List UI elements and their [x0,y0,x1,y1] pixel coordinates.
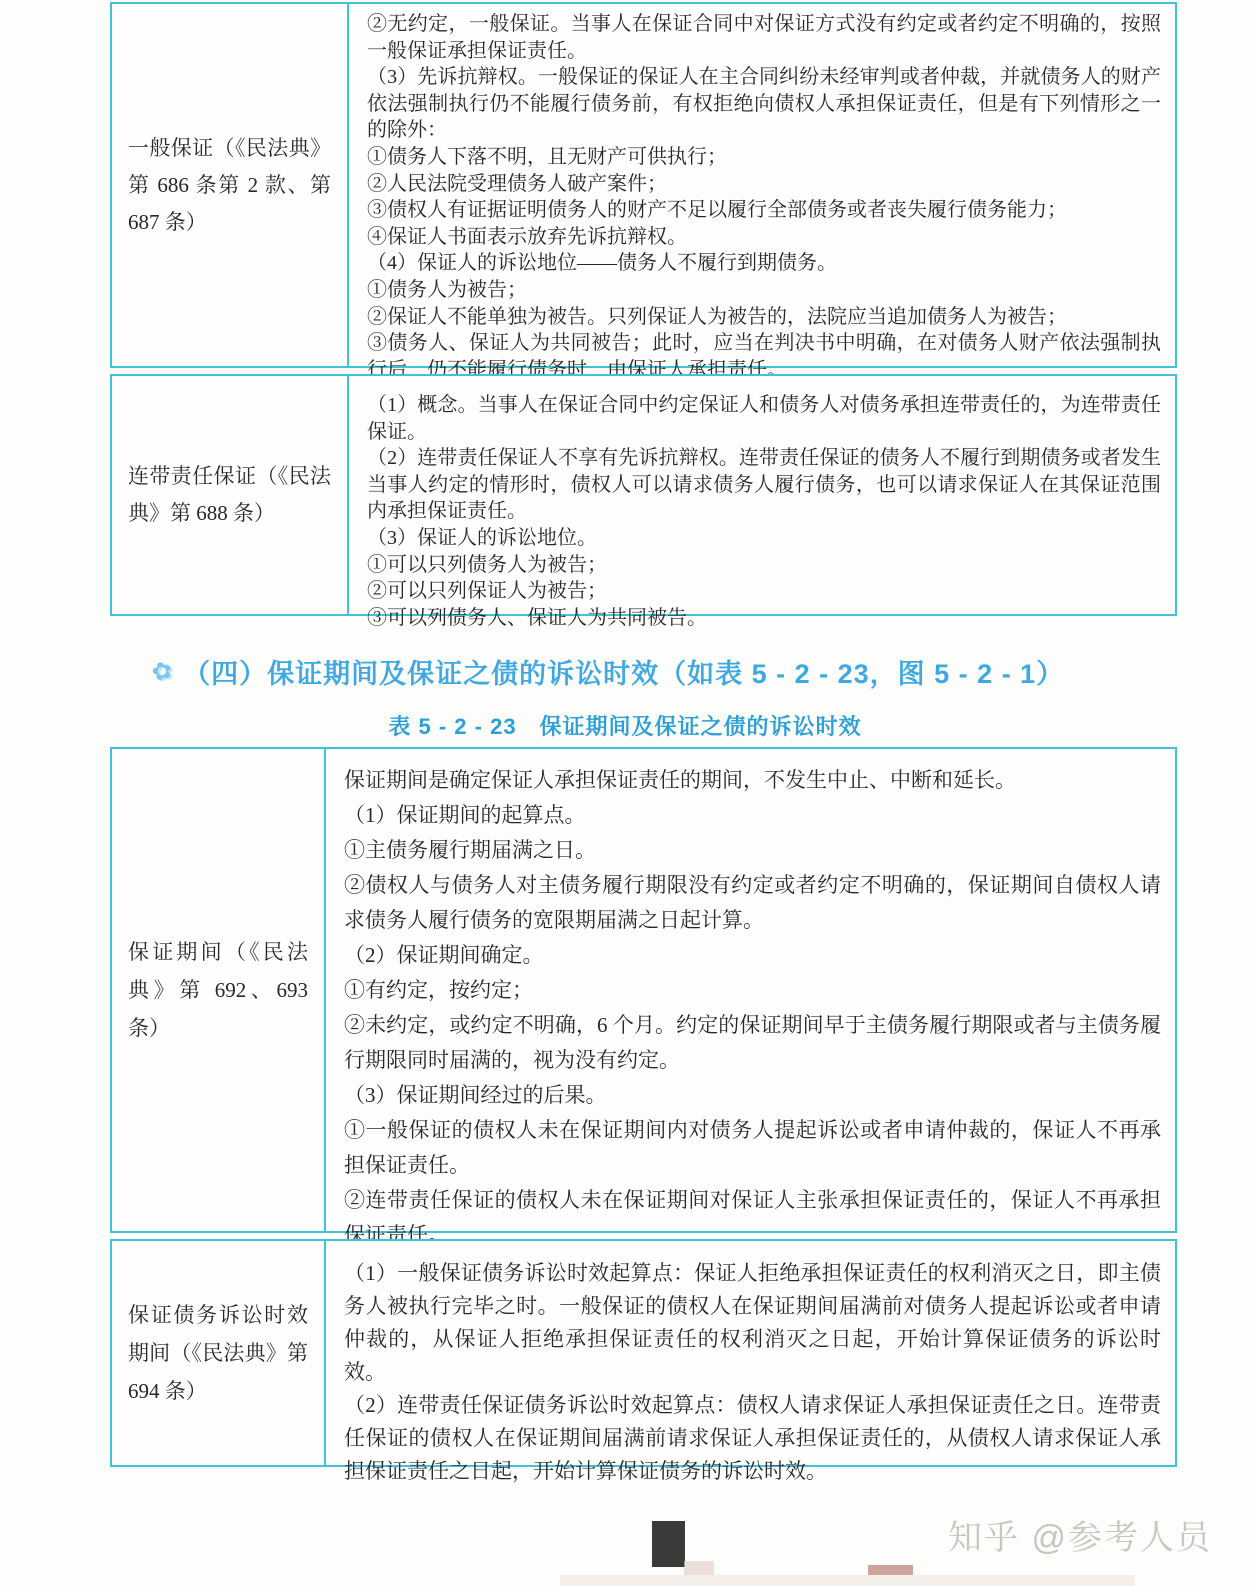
table-row-limitation-period: 保证债务诉讼时效期间（《民法典》第 694 条） （1）一般保证债务诉讼时效起算… [110,1239,1177,1467]
paragraph: （1）保证期间的起算点。 [344,798,1161,833]
paragraph: （1）概念。当事人在保证合同中约定保证人和债务人对债务承担连带责任的，为连带责任… [367,392,1161,445]
paragraph: ④保证人书面表示放弃先诉抗辩权。 [367,224,1161,251]
paragraph: （1）一般保证债务诉讼时效起算点：保证人拒绝承担保证责任的权利消灭之日，即主债务… [344,1257,1161,1389]
section-heading: ✿ （四）保证期间及保证之债的诉讼时效（如表 5 - 2 - 23，图 5 - … [152,652,1064,691]
paragraph: 保证期间是确定保证人承担保证责任的期间，不发生中止、中断和延长。 [344,763,1161,798]
paragraph: （3）保证人的诉讼地位。 [367,525,1161,552]
row-header-cell: 连带责任保证（《民法典》第 688 条） [112,376,349,614]
paragraph: ①债务人为被告； [367,277,1161,304]
paragraph: ②未约定，或约定不明确，6 个月。约定的保证期间早于主债务履行期限或者与主债务履… [344,1008,1161,1078]
paragraph: ②保证人不能单独为被告。只列保证人为被告的，法院应当追加债务人为被告； [367,304,1161,331]
row-header-cell: 保证期间（《民法典》第 692、693 条） [112,749,326,1231]
paragraph: ①主债务履行期届满之日。 [344,833,1161,868]
guarantee-period-table: 保证期间（《民法典》第 692、693 条） 保证期间是确定保证人承担保证责任的… [110,747,1177,1467]
paragraph: ②可以只列保证人为被告； [367,578,1161,605]
row-header-text: 保证债务诉讼时效期间（《民法典》第 694 条） [128,1296,308,1410]
row-content-cell: （1）概念。当事人在保证合同中约定保证人和债务人对债务承担连带责任的，为连带责任… [349,376,1175,614]
paragraph: ①一般保证的债权人未在保证期间内对债务人提起诉讼或者申请仲裁的，保证人不再承担保… [344,1113,1161,1183]
table-row-guarantee-period: 保证期间（《民法典》第 692、693 条） 保证期间是确定保证人承担保证责任的… [110,747,1177,1233]
paragraph: ③债权人有证据证明债务人的财产不足以履行全部债务或者丧失履行债务能力； [367,197,1161,224]
paragraph: ③可以列债务人、保证人为共同被告。 [367,605,1161,632]
row-content-cell: （1）一般保证债务诉讼时效起算点：保证人拒绝承担保证责任的权利消灭之日，即主债务… [326,1241,1175,1465]
paragraph: ②人民法院受理债务人破产案件； [367,171,1161,198]
paragraph: ①有约定，按约定； [344,973,1161,1008]
paragraph: （4）保证人的诉讼地位——债务人不履行到期债务。 [367,250,1161,277]
paragraph: （3）保证期间经过的后果。 [344,1078,1161,1113]
row-header-cell: 保证债务诉讼时效期间（《民法典》第 694 条） [112,1241,326,1465]
row-content-cell: ②无约定，一般保证。当事人在保证合同中对保证方式没有约定或者约定不明确的，按照一… [349,4,1175,366]
decorative-flower-icon: ✿ [149,655,177,688]
row-header-text: 保证期间（《民法典》第 692、693 条） [128,933,308,1047]
scan-artifact-dark-square [652,1521,685,1567]
table-row-general-guarantee: 一般保证（《民法典》第 686 条第 2 款、第 687 条） ②无约定，一般保… [110,2,1177,368]
table-caption: 表 5 - 2 - 23 保证期间及保证之债的诉讼时效 [0,710,1250,741]
paragraph: ①可以只列债务人为被告； [367,552,1161,579]
row-content-cell: 保证期间是确定保证人承担保证责任的期间，不发生中止、中断和延长。（1）保证期间的… [326,749,1175,1231]
paragraph: （2）保证期间确定。 [344,938,1161,973]
section-heading-text: （四）保证期间及保证之债的诉讼时效（如表 5 - 2 - 23，图 5 - 2 … [183,652,1064,691]
zhihu-watermark: 知乎 @参考人员 [948,1510,1212,1559]
scan-artifact-strip [560,1575,1135,1586]
guarantee-type-table: 一般保证（《民法典》第 686 条第 2 款、第 687 条） ②无约定，一般保… [110,2,1177,616]
row-header-text: 连带责任保证（《民法典》第 688 条） [128,458,331,532]
paragraph: （2）连带责任保证人不享有先诉抗辩权。连带责任保证的债务人不履行到期债务或者发生… [367,445,1161,525]
paragraph: ②债权人与债务人对主债务履行期限没有约定或者约定不明确的，保证期间自债权人请求债… [344,868,1161,938]
paragraph: （3）先诉抗辩权。一般保证的保证人在主合同纠纷未经审判或者仲裁，并就债务人的财产… [367,64,1161,144]
paragraph: （2）连带责任保证债务诉讼时效起算点：债权人请求保证人承担保证责任之日。连带责任… [344,1389,1161,1488]
row-header-cell: 一般保证（《民法典》第 686 条第 2 款、第 687 条） [112,4,349,366]
paragraph: ②无约定，一般保证。当事人在保证合同中对保证方式没有约定或者约定不明确的，按照一… [367,11,1161,64]
row-header-text: 一般保证（《民法典》第 686 条第 2 款、第 687 条） [128,130,331,241]
table-row-joint-liability-guarantee: 连带责任保证（《民法典》第 688 条） （1）概念。当事人在保证合同中约定保证… [110,374,1177,616]
paragraph: ①债务人下落不明，且无财产可供执行； [367,144,1161,171]
document-page: 一般保证（《民法典》第 686 条第 2 款、第 687 条） ②无约定，一般保… [0,0,1250,1586]
